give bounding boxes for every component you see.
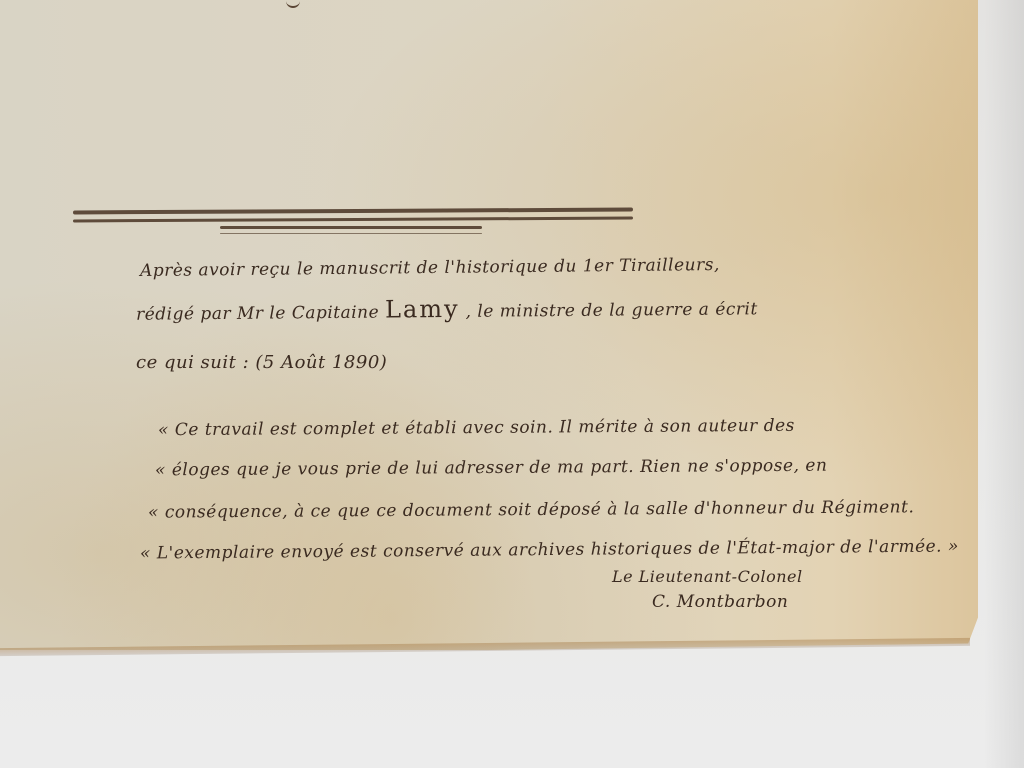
decorative-rule-short-2 (220, 233, 482, 234)
background-shadow (984, 0, 1024, 768)
captain-name: Lamy (385, 295, 460, 324)
letter-line-2: rédigé par Mr le Capitaine Lamy , le min… (136, 292, 758, 325)
letter-line-2-start: rédigé par Mr le Capitaine (136, 303, 379, 325)
decorative-rule-short-1 (220, 226, 482, 229)
letter-line-2-end: , le ministre de la guerre a écrit (465, 299, 757, 322)
letter-line-3-date: ce qui suit : (5 Août 1890) (136, 352, 387, 373)
signature-title: Le Lieutenant-Colonel (612, 567, 803, 586)
signature-name: C. Montbarbon (652, 592, 788, 612)
